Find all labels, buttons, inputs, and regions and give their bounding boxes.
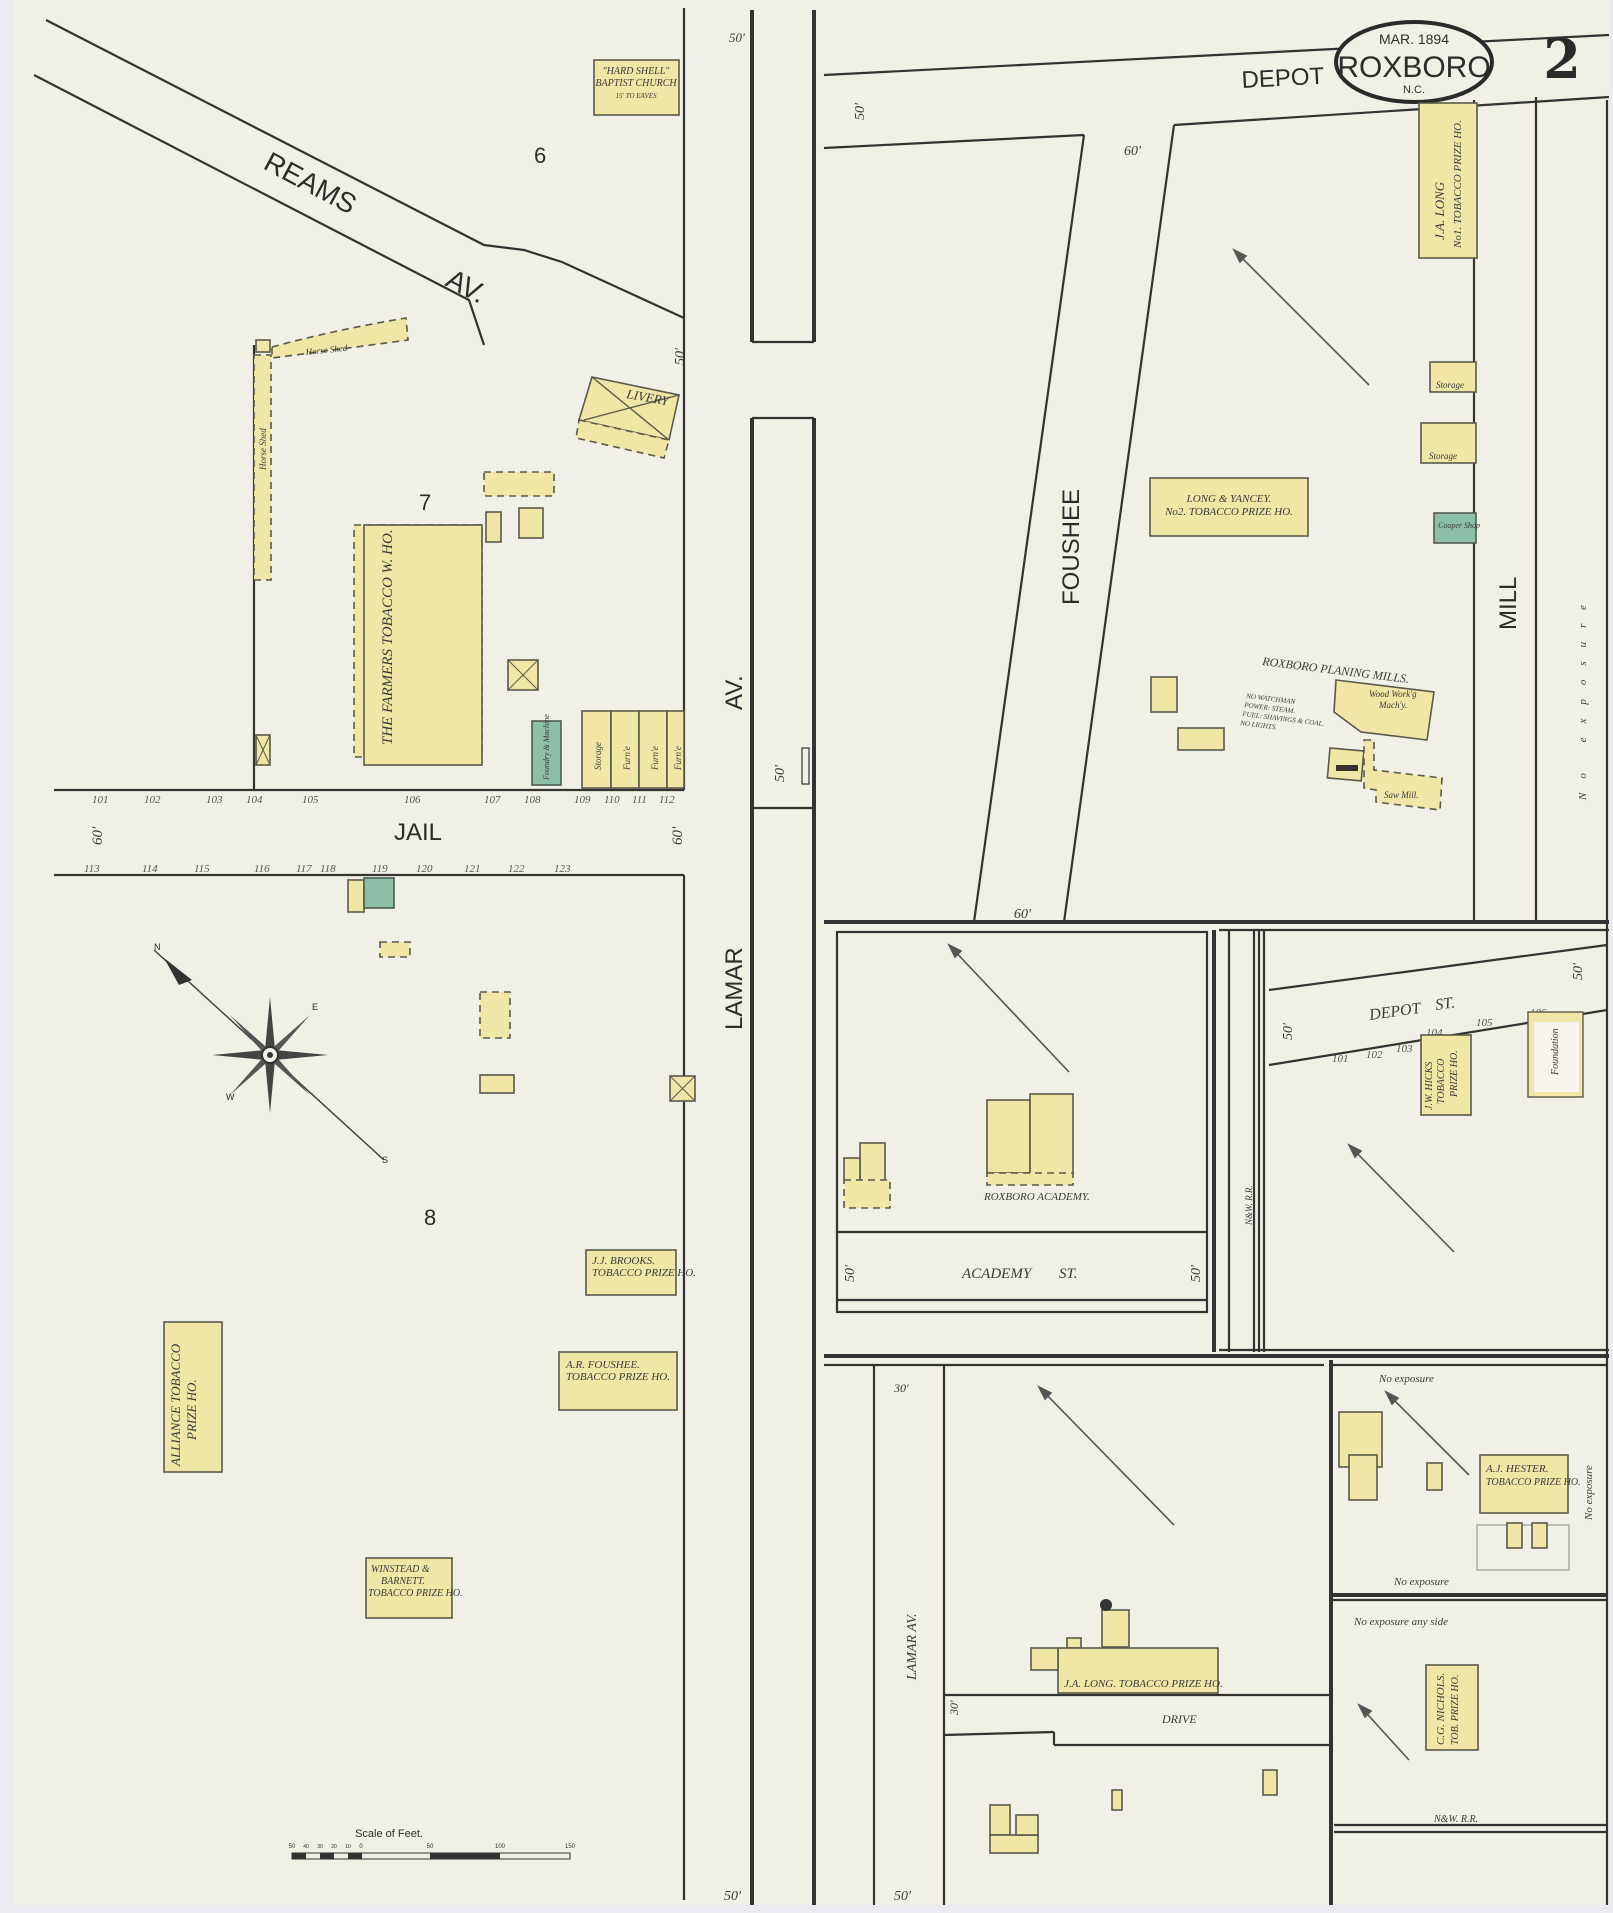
street-depot-st-suffix: ST. — [1434, 994, 1456, 1014]
scale-tick: 0 — [359, 1844, 363, 1850]
scale-tick: 50 — [289, 1844, 296, 1850]
house-number: 106 — [404, 794, 421, 806]
house-number: 103 — [206, 794, 223, 806]
foushee-label: TOBACCO PRIZE HO. — [566, 1371, 670, 1383]
farmers-label: THE FARMERS TOBACCO W. HO. — [380, 529, 396, 745]
hester-label: TOBACCO PRIZE HO. — [1486, 1477, 1581, 1488]
no-exposure-note: No exposure — [1583, 1465, 1595, 1521]
street-drive: DRIVE — [1161, 1712, 1197, 1726]
church-label: "HARD SHELL" — [602, 66, 670, 77]
ja-long-no1: J.A. LONG No1. TOBACCO PRIZE HO. — [1419, 103, 1477, 258]
house-number: 116 — [254, 863, 270, 875]
street-foushee: FOUSHEE — [1058, 489, 1085, 605]
house-number: 119 — [372, 863, 388, 875]
planing-mill: ROXBORO PLANING MILLS. NO WATCHMAN POWER… — [1151, 654, 1442, 810]
house-number: 105 — [1476, 1017, 1493, 1029]
hicks-label: J.W. HICKS — [1424, 1062, 1435, 1110]
title-cartouche: MAR. 1894 ROXBORO N.C. 2 — [1336, 22, 1581, 102]
compass-north: N — [154, 942, 161, 952]
furniture-label: Furn'e — [622, 746, 632, 771]
house-number: 113 — [84, 863, 100, 875]
house-number: 114 — [142, 863, 158, 875]
map-sheet: MAR. 1894 ROXBORO N.C. 2 DEPOT REAMS AV.… — [14, 0, 1609, 1905]
street-academy-suffix: ST. — [1059, 1266, 1077, 1282]
winstead-label: WINSTEAD & — [371, 1564, 430, 1575]
width-60: 60' — [1124, 144, 1142, 159]
width-50: 50' — [724, 1889, 742, 1904]
roxboro-academy: ROXBORO ACADEMY. — [844, 1094, 1090, 1208]
width-30: 30' — [893, 1381, 909, 1395]
long-yancey-label: No2. TOBACCO PRIZE HO. — [1164, 506, 1293, 518]
farmers-warehouse: THE FARMERS TOBACCO W. HO. — [354, 525, 482, 765]
ja-long-lower: J.A. LONG. TOBACCO PRIZE HO. — [990, 1599, 1277, 1853]
compass-east: E — [312, 1002, 318, 1012]
alliance-label: PRIZE HO. — [184, 1379, 199, 1441]
compass-rose: N E W S — [154, 942, 388, 1165]
block-8: 8 — [424, 1205, 436, 1230]
scale-tick: 150 — [565, 1844, 576, 1850]
house-number: 105 — [302, 794, 319, 806]
block-7: 7 — [419, 490, 431, 515]
long-yancey-label: LONG & YANCEY. — [1186, 493, 1272, 505]
width-50: 50' — [1571, 962, 1586, 980]
furniture-label: Furn'e — [673, 746, 683, 771]
livery: LIVERY — [576, 377, 679, 458]
foundry-label: Foundry & Machine — [542, 714, 551, 781]
cooper-label: Cooper Shop — [1438, 521, 1480, 530]
town-name: ROXBORO — [1337, 51, 1490, 84]
woodwork-label: Mach'y. — [1378, 700, 1407, 710]
house-number: 101 — [1332, 1053, 1349, 1065]
sanborn-map: MAR. 1894 ROXBORO N.C. 2 DEPOT REAMS AV.… — [14, 0, 1609, 1905]
ja-long-label: J.A. LONG — [1432, 181, 1447, 240]
no-exposure-note: No exposure any side — [1353, 1616, 1448, 1628]
hicks-label: TOBACCO — [1436, 1059, 1447, 1104]
width-50: 50' — [1189, 1264, 1204, 1282]
scale-tick: 50 — [427, 1844, 434, 1850]
scale-tick: 100 — [495, 1844, 506, 1850]
hicks-label: PRIZE HO. — [1449, 1050, 1460, 1098]
storage-label: Storage — [1436, 380, 1464, 390]
house-number: 112 — [659, 794, 675, 806]
scale-title: Scale of Feet. — [355, 1828, 423, 1840]
house-number: 104 — [246, 794, 263, 806]
railroad-label-bottom: N&W. R.R. — [1433, 1814, 1478, 1825]
sheet-number: 2 — [1543, 27, 1581, 91]
ja-long-lower-label: J.A. LONG. TOBACCO PRIZE HO. — [1064, 1678, 1223, 1690]
block8-buildings: J.J. BROOKS. TOBACCO PRIZE HO. A.R. FOUS… — [164, 878, 696, 1618]
street-jail: JAIL — [394, 819, 442, 846]
width-50: 50' — [1281, 1022, 1296, 1040]
house-number: 107 — [484, 794, 501, 806]
scale-tick: 10 — [345, 1844, 351, 1850]
horse-shed-label: Horse Shed — [258, 428, 268, 471]
church: "HARD SHELL" BAPTIST CHURCH 15' TO EAVES — [594, 60, 679, 115]
house-number: 102 — [144, 794, 161, 806]
width-60: 60' — [1014, 907, 1032, 922]
no-exposure-note: No exposure — [1577, 591, 1589, 801]
map-date: MAR. 1894 — [1379, 31, 1449, 47]
house-number: 123 — [554, 863, 571, 875]
width-50: 50' — [673, 347, 688, 365]
hester-block: No exposure No exposure No exposure A.J.… — [1339, 591, 1595, 1750]
saw-mill-label: Saw Mill. — [1384, 790, 1419, 800]
street-depot: DEPOT — [1241, 63, 1325, 94]
street-lamar-av-lower: LAMAR AV. — [905, 1614, 920, 1681]
house-number: 103 — [1396, 1043, 1413, 1055]
house-number: 108 — [524, 794, 541, 806]
railroad-label-vertical: N&W. R.R. — [1244, 1185, 1254, 1226]
scale-bar: Scale of Feet. 50 40 30 20 10 0 50 100 1… — [289, 1828, 576, 1859]
width-50: 50' — [773, 764, 788, 782]
woodwork-label: Wood Work'g — [1369, 689, 1417, 699]
street-reams-av: AV. — [441, 263, 491, 309]
foundation-label: Foundation — [1550, 1028, 1561, 1076]
width-60: 60' — [670, 826, 686, 845]
no-exposure-note: No exposure — [1393, 1576, 1449, 1588]
scale-tick: 20 — [331, 1844, 337, 1850]
winstead-label: BARNETT. — [381, 1576, 425, 1587]
block-6: 6 — [534, 143, 546, 168]
street-academy: ACADEMY — [961, 1266, 1033, 1282]
ja-long-label: No1. TOBACCO PRIZE HO. — [1452, 120, 1464, 249]
street-depot-st: DEPOT — [1367, 1000, 1423, 1024]
academy-label: ROXBORO ACADEMY. — [983, 1191, 1090, 1203]
winstead-label: TOBACCO PRIZE HO. — [368, 1588, 463, 1599]
no-exposure-note: No exposure — [1378, 1373, 1434, 1385]
nichols-label: C.G. NICHOLS. — [1435, 1673, 1447, 1745]
house-number: 122 — [508, 863, 525, 875]
width-60: 60' — [90, 826, 106, 845]
long-yancey: LONG & YANCEY. No2. TOBACCO PRIZE HO. — [1150, 478, 1308, 536]
nichols-label: TOB. PRIZE HO. — [1450, 1675, 1461, 1745]
house-number: 111 — [632, 794, 647, 806]
compass-south: S — [382, 1155, 388, 1165]
house-number: 109 — [574, 794, 591, 806]
house-number: 102 — [1366, 1049, 1383, 1061]
brooks-label: TOBACCO PRIZE HO. — [592, 1267, 696, 1279]
street-mill: MILL — [1495, 577, 1522, 630]
house-number: 120 — [416, 863, 433, 875]
hester-label: A.J. HESTER. — [1485, 1463, 1548, 1475]
house-number: 101 — [92, 794, 109, 806]
scale-tick: 40 — [303, 1844, 309, 1850]
block7-small: Foundry & Machine Storage Furn'e Furn'e … — [484, 472, 684, 788]
church-label: BAPTIST CHURCH — [595, 78, 677, 89]
alliance-label: ALLIANCE TOBACCO — [168, 1343, 183, 1467]
brooks-label: J.J. BROOKS. — [592, 1255, 655, 1267]
scale-tick: 30 — [317, 1844, 323, 1850]
width-50: 50' — [894, 1889, 912, 1904]
compass-west: W — [226, 1092, 235, 1102]
width-30: 30' — [947, 1700, 961, 1716]
furniture-label: Furn'e — [650, 746, 660, 771]
storage-label: Storage — [593, 742, 603, 770]
width-50: 50' — [853, 102, 868, 120]
house-number: 115 — [194, 863, 210, 875]
width-50: 50' — [843, 1264, 858, 1282]
mill-street-buildings: Storage Storage Cooper Shop — [1421, 362, 1480, 543]
storage-label: Storage — [1429, 451, 1457, 461]
house-number: 118 — [320, 863, 336, 875]
street-lamar-av: AV. — [721, 675, 748, 710]
house-number: 117 — [296, 863, 312, 875]
width-50: 50' — [729, 30, 745, 45]
foushee-label: A.R. FOUSHEE. — [565, 1359, 640, 1371]
church-note: 15' TO EAVES — [615, 92, 657, 100]
house-number: 121 — [464, 863, 481, 875]
street-lamar: LAMAR — [721, 947, 748, 1030]
state-name: N.C. — [1403, 84, 1425, 96]
house-number: 110 — [604, 794, 620, 806]
